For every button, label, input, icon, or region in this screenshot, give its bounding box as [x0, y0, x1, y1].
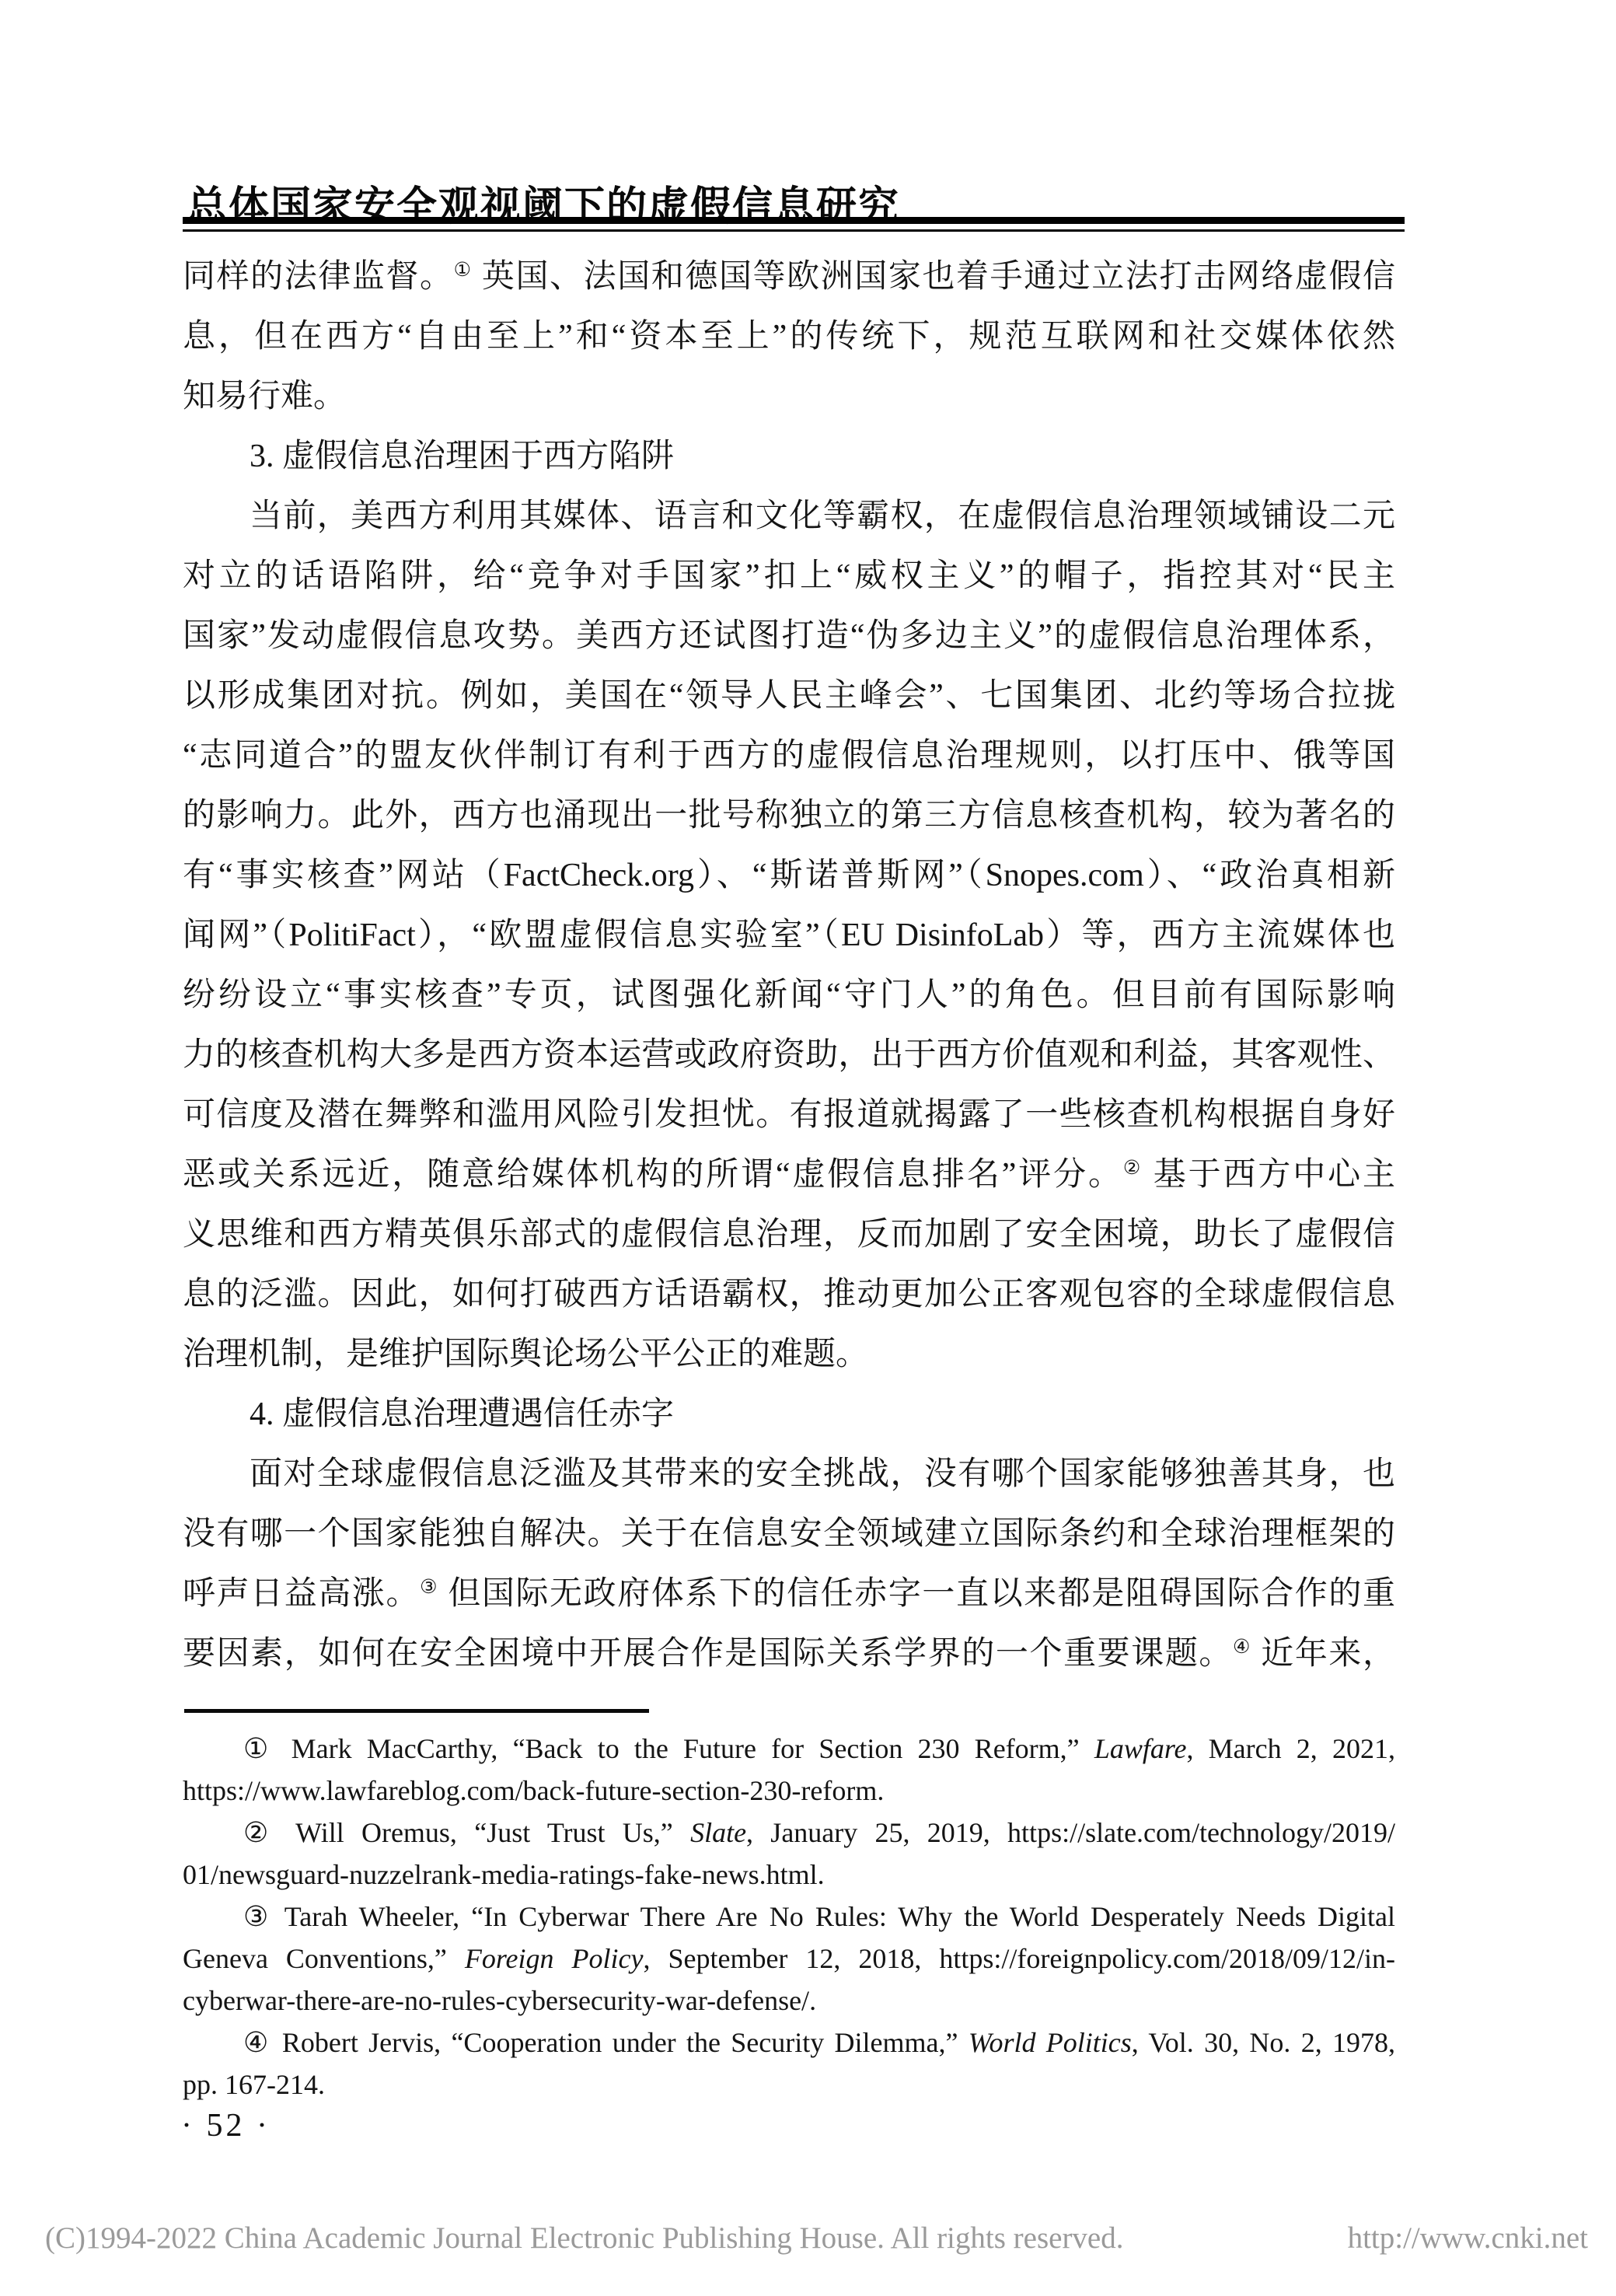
- footnote-line: ③ Tarah Wheeler, “In Cyberwar There Are …: [183, 1896, 1395, 1938]
- footnote-text: ② Will Oremus, “Just Trust Us,”: [243, 1817, 690, 1848]
- footnote-line: Geneva Conventions,” Foreign Policy, Sep…: [183, 1938, 1395, 1980]
- body-line: 以形成集团对抗。例如，美国在“领导人民主峰会”、七国集团、北约等场合拉拢: [183, 666, 1395, 726]
- journal-name-italic: Slate: [690, 1817, 746, 1848]
- footnotes: ① Mark MacCarthy, “Back to the Future fo…: [183, 1728, 1395, 2106]
- watermark-copyright: (C)1994-2022 China Academic Journal Elec…: [45, 2221, 1124, 2256]
- footnote-line: pp. 167-214.: [183, 2064, 1395, 2106]
- footnote-ref-marker: ③: [420, 1577, 438, 1598]
- body-line: 息的泛滥。因此，如何打破西方话语霸权，推动更加公正客观包容的全球虚假信息: [183, 1265, 1395, 1325]
- footnote-ref-marker: ④: [1233, 1637, 1251, 1658]
- journal-name-italic: World Politics: [969, 2027, 1132, 2058]
- journal-name-italic: Foreign Policy: [465, 1943, 644, 1974]
- footnote-line: https://www.lawfareblog.com/back-future-…: [183, 1770, 1395, 1812]
- body-line: 的影响力。此外，西方也涌现出一批号称独立的第三方信息核查机构，较为著名的: [183, 786, 1395, 846]
- footnote-ref-marker: ②: [1123, 1158, 1143, 1179]
- footnote-line: cyberwar-there-are-no-rules-cybersecurit…: [183, 1980, 1395, 2022]
- journal-name-italic: Lawfare: [1094, 1733, 1187, 1764]
- footnote-text: pp. 167-214.: [183, 2069, 325, 2100]
- footnote-separator: [184, 1709, 649, 1713]
- body-line: 纷纷设立“事实核查”专页，试图强化新闻“守门人”的角色。但目前有国际影响: [183, 966, 1395, 1026]
- body-line: 同样的法律监督。① 英国、法国和德国等欧洲国家也着手通过立法打击网络虚假信: [183, 247, 1395, 307]
- footnote-ref-marker: ①: [454, 260, 473, 281]
- body-line: 力的核查机构大多是西方资本运营或政府资助，出于西方价值观和利益，其客观性、: [183, 1026, 1395, 1085]
- header-rule-thick: [183, 217, 1405, 224]
- footnote-text: ① Mark MacCarthy, “Back to the Future fo…: [243, 1733, 1094, 1764]
- footnote-text: 01/newsguard-nuzzelrank-media-ratings-fa…: [183, 1859, 825, 1890]
- body-line: 当前，美西方利用其媒体、语言和文化等霸权，在虚假信息治理领域铺设二元: [183, 487, 1395, 547]
- footnote-text: , Vol. 30, No. 2, 1978,: [1132, 2027, 1395, 2058]
- footnote-text: cyberwar-there-are-no-rules-cybersecurit…: [183, 1985, 816, 2016]
- footnote-line: ① Mark MacCarthy, “Back to the Future fo…: [183, 1728, 1395, 1770]
- body-line: 息，但在西方“自由至上”和“资本至上”的传统下，规范互联网和社交媒体依然: [183, 307, 1395, 367]
- footnote-line: ④ Robert Jervis, “Cooperation under the …: [183, 2022, 1395, 2064]
- footnote-text: , March 2, 2021,: [1187, 1733, 1396, 1764]
- body-line: 没有哪一个国家能独自解决。关于在信息安全领域建立国际条约和全球治理框架的: [183, 1504, 1395, 1564]
- article-body: 同样的法律监督。① 英国、法国和德国等欧洲国家也着手通过立法打击网络虚假信息，但…: [183, 247, 1395, 1684]
- section-heading: 4. 虚假信息治理遭遇信任赤字: [183, 1385, 1395, 1445]
- body-line: 对立的话语陷阱，给“竞争对手国家”扣上“威权主义”的帽子，指控其对“民主: [183, 547, 1395, 606]
- body-line: 闻网”（PolitiFact），“欧盟虚假信息实验室”（EU DisinfoLa…: [183, 906, 1395, 966]
- body-line: 要因素，如何在安全困境中开展合作是国际关系学界的一个重要课题。④ 近年来，: [183, 1624, 1395, 1684]
- footnote-line: 01/newsguard-nuzzelrank-media-ratings-fa…: [183, 1854, 1395, 1896]
- footnote-text: https://www.lawfareblog.com/back-future-…: [183, 1775, 884, 1806]
- footnote-text: ④ Robert Jervis, “Cooperation under the …: [243, 2027, 969, 2058]
- body-line: 可信度及潜在舞弊和滥用风险引发担忧。有报道就揭露了一些核查机构根据自身好: [183, 1085, 1395, 1145]
- body-line: 有“事实核查”网站（FactCheck.org）、“斯诺普斯网”（Snopes.…: [183, 846, 1395, 906]
- body-line: 国家”发动虚假信息攻势。美西方还试图打造“伪多边主义”的虚假信息治理体系，: [183, 606, 1395, 666]
- footnote-text: ③ Tarah Wheeler, “In Cyberwar There Are …: [243, 1901, 1395, 1932]
- footnote-line: ② Will Oremus, “Just Trust Us,” Slate, J…: [183, 1812, 1395, 1854]
- body-line: 知易行难。: [183, 367, 1395, 427]
- body-line: 义思维和西方精英俱乐部式的虚假信息治理，反而加剧了安全困境，助长了虚假信: [183, 1205, 1395, 1265]
- footnote-text: , September 12, 2018, https://foreignpol…: [643, 1943, 1395, 1974]
- watermark-footer: (C)1994-2022 China Academic Journal Elec…: [45, 2221, 1588, 2256]
- body-line: 呼声日益高涨。③ 但国际无政府体系下的信任赤字一直以来都是阻碍国际合作的重: [183, 1564, 1395, 1624]
- section-heading: 3. 虚假信息治理困于西方陷阱: [183, 427, 1395, 487]
- body-line: 面对全球虚假信息泛滥及其带来的安全挑战，没有哪个国家能够独善其身，也: [183, 1445, 1395, 1504]
- body-line: “志同道合”的盟友伙伴制订有利于西方的虚假信息治理规则，以打压中、俄等国: [183, 726, 1395, 786]
- journal-page: 总体国家安全观视阈下的虚假信息研究 同样的法律监督。① 英国、法国和德国等欧洲国…: [0, 0, 1616, 2296]
- page-number: · 52 ·: [181, 2107, 270, 2144]
- footnote-text: Geneva Conventions,”: [183, 1943, 465, 1974]
- body-line: 恶或关系远近，随意给媒体机构的所谓“虚假信息排名”评分。② 基于西方中心主: [183, 1145, 1395, 1205]
- watermark-url: http://www.cnki.net: [1348, 2221, 1588, 2256]
- body-line: 治理机制，是维护国际舆论场公平公正的难题。: [183, 1325, 1395, 1385]
- footnote-text: , January 25, 2019, https://slate.com/te…: [746, 1817, 1395, 1848]
- header-rule-thin: [183, 229, 1405, 232]
